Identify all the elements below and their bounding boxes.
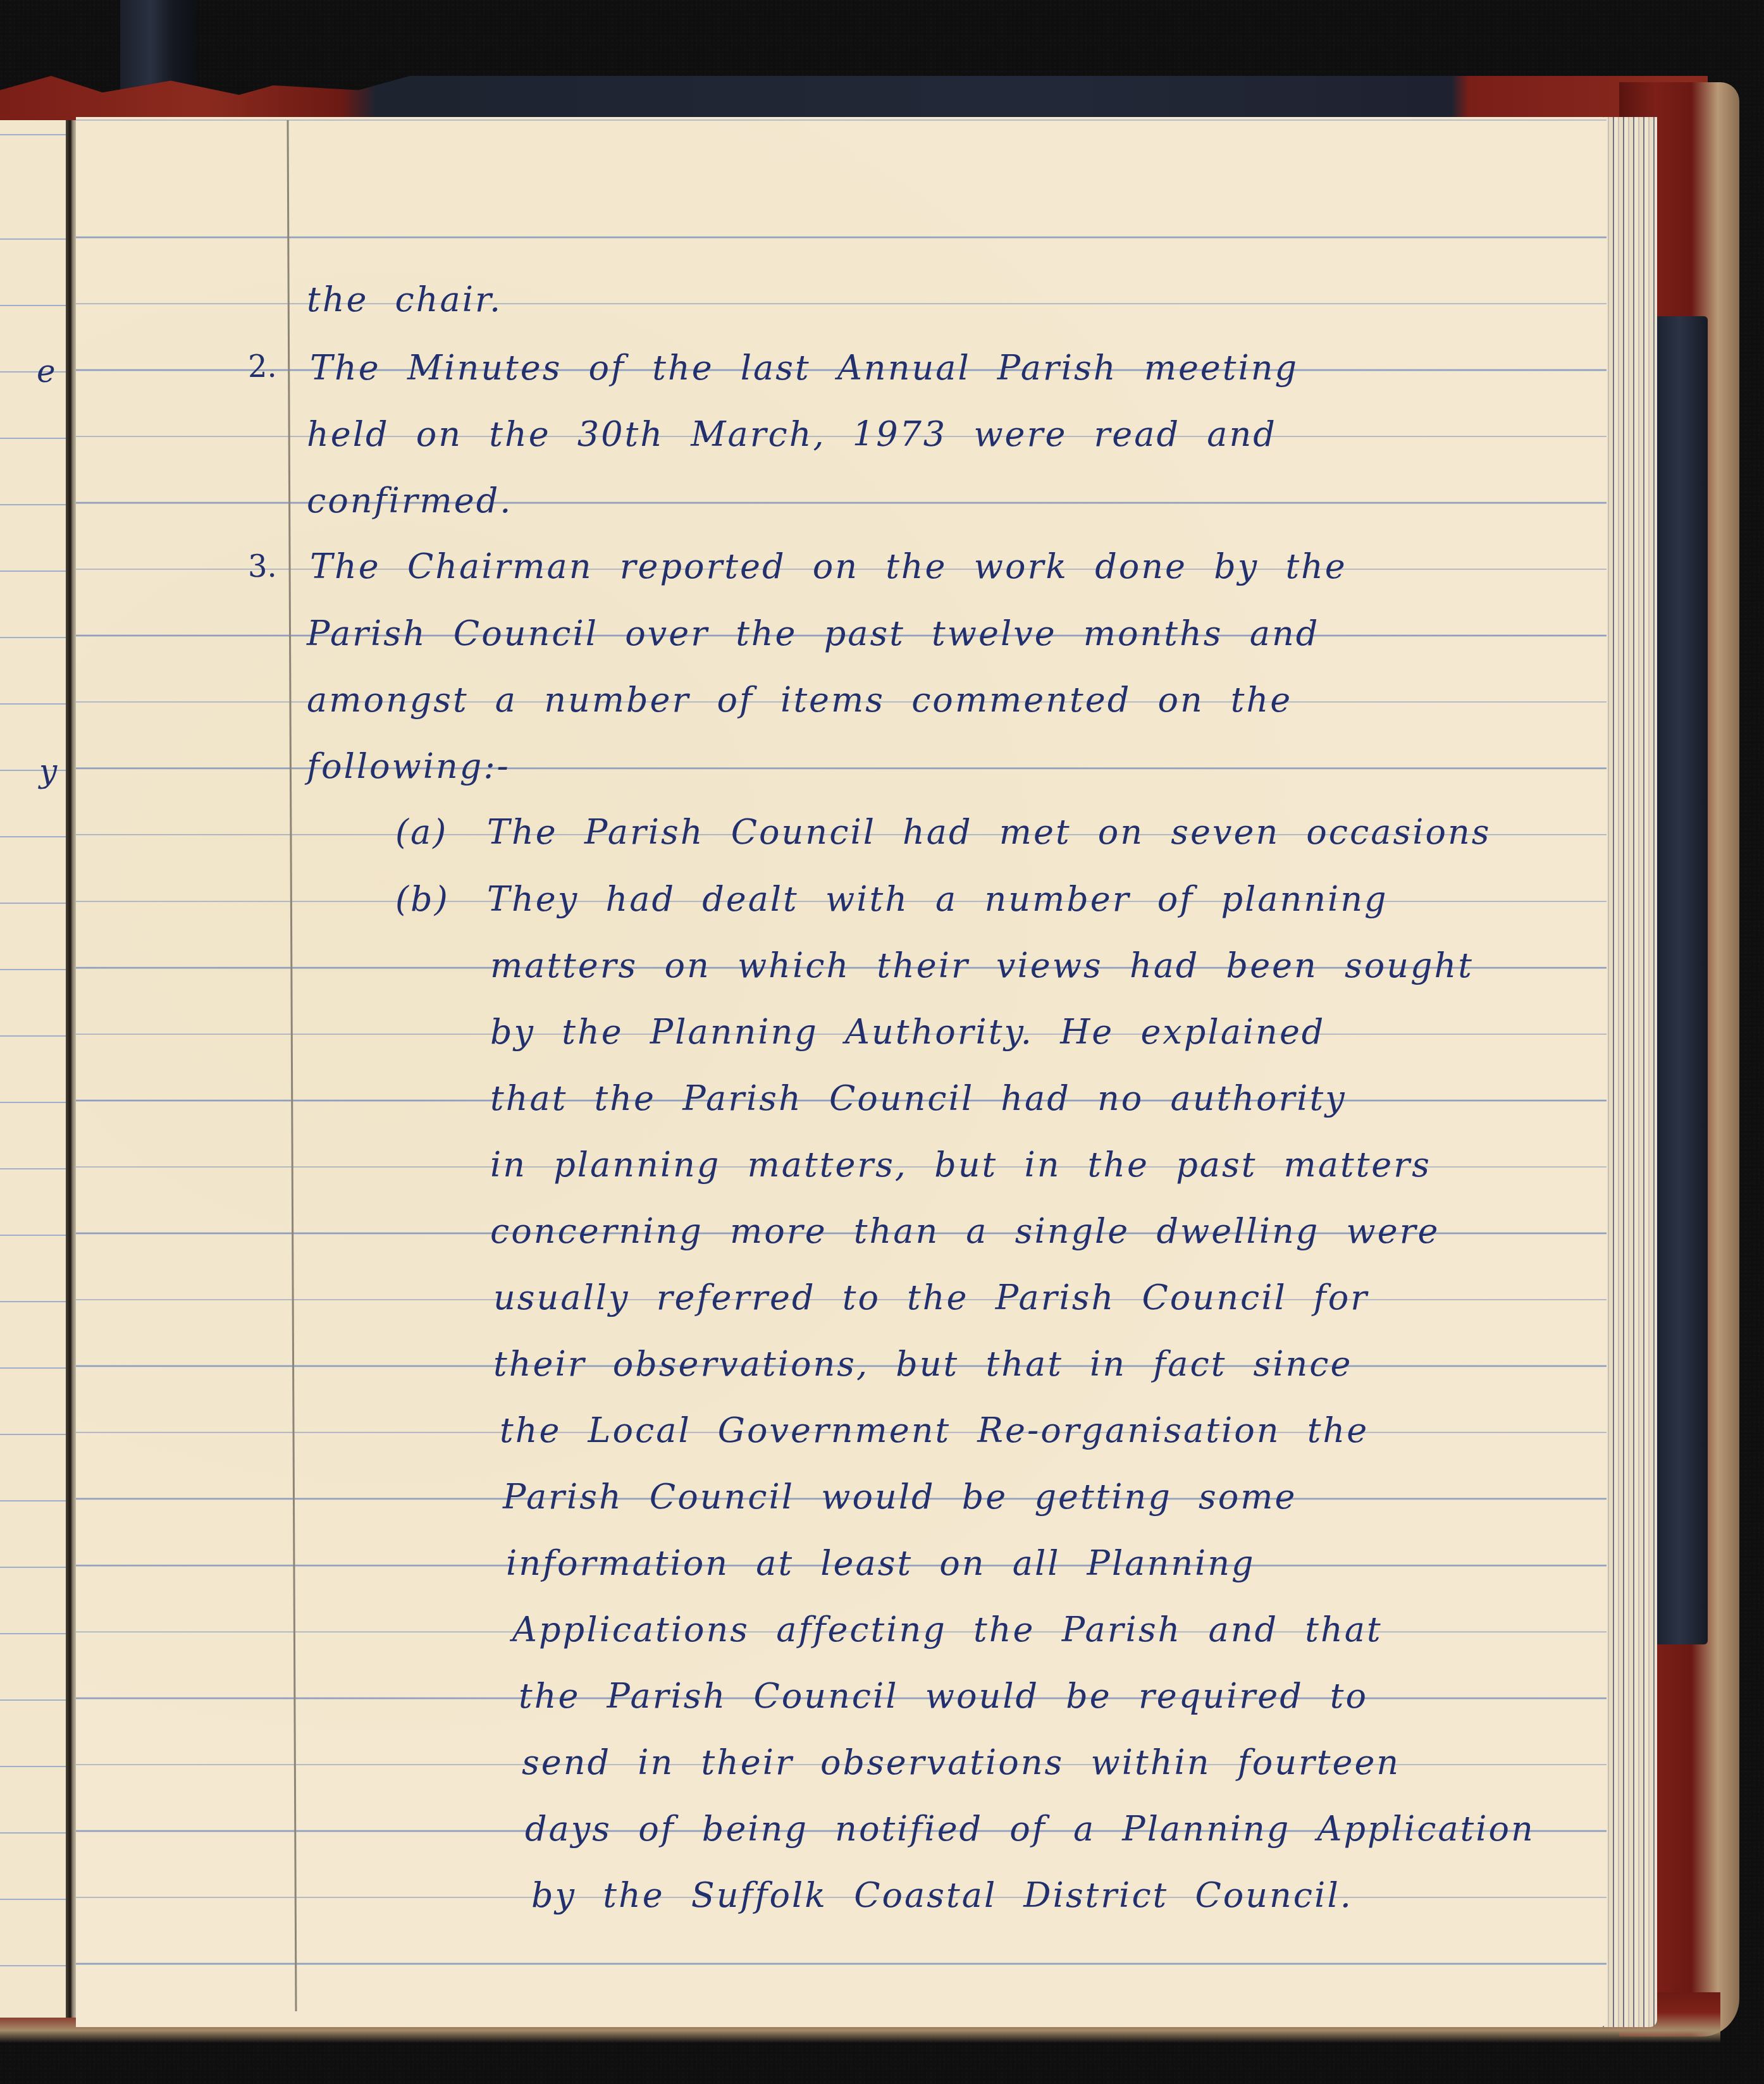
text-line: The Parish Council had met on seven occa… <box>487 812 1491 852</box>
text-line: Parish Council would be getting some <box>503 1477 1297 1517</box>
left-page-fragment: y <box>39 753 57 789</box>
text-line: send in their observations within fourte… <box>522 1742 1400 1782</box>
text-line: that the Parish Council had no authority <box>490 1078 1347 1118</box>
text-line: their observations, but that in fact sin… <box>493 1344 1352 1384</box>
text-line: amongst a number of items commented on t… <box>307 680 1292 720</box>
right-page <box>76 117 1607 2027</box>
text-line: in planning matters, but in the past mat… <box>490 1145 1431 1185</box>
text-line: confirmed. <box>307 481 513 521</box>
text-line: concerning more than a single dwelling w… <box>490 1211 1440 1251</box>
left-page: e y <box>0 120 71 2018</box>
text-line: by the Suffolk Coastal District Council. <box>531 1875 1353 1915</box>
text-line: matters on which their views had been so… <box>490 946 1474 985</box>
text-line: by the Planning Authority. He explained <box>490 1012 1325 1052</box>
text-line: usually referred to the Parish Council f… <box>493 1278 1369 1317</box>
subitem-label: (b) <box>395 879 450 919</box>
text-line: They had dealt with a number of planning <box>487 879 1388 919</box>
text-line: following:- <box>307 746 510 786</box>
text-line: the Local Government Re-organisation the <box>500 1410 1369 1450</box>
text-line: days of being notified of a Planning App… <box>525 1809 1535 1849</box>
text-line: the chair. <box>307 280 502 319</box>
text-line: The Minutes of the last Annual Parish me… <box>310 348 1298 388</box>
text-line: information at least on all Planning <box>506 1543 1255 1583</box>
text-line: held on the 30th March, 1973 were read a… <box>307 414 1277 454</box>
subitem-label: (a) <box>395 812 448 852</box>
item-number: 3. <box>248 549 277 584</box>
left-page-fragment: e <box>37 353 56 390</box>
item-number: 2. <box>248 349 277 385</box>
text-line: The Chairman reported on the work done b… <box>310 546 1347 586</box>
book-cover-cloth <box>1651 316 1708 1644</box>
text-line: the Parish Council would be required to <box>519 1676 1368 1716</box>
text-line: Applications affecting the Parish and th… <box>512 1610 1383 1649</box>
text-line: Parish Council over the past twelve mont… <box>307 613 1319 653</box>
